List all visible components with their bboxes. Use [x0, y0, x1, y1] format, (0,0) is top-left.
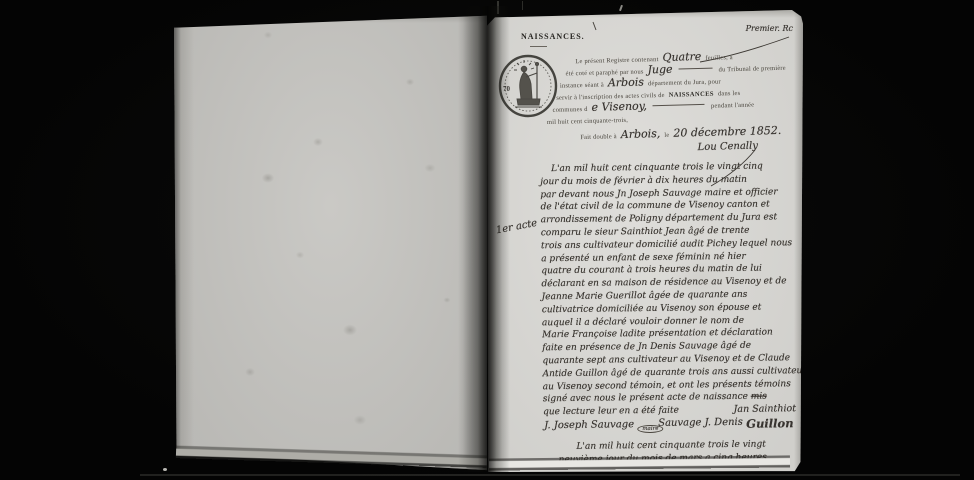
printed-text: le: [664, 132, 669, 139]
birth-act-manuscript: 1er acte L'an mil huit cent cinquante tr…: [487, 160, 807, 467]
filled-rule-line: [653, 104, 705, 106]
scanner-artifact-line: [140, 474, 960, 476]
filled-rule-line: [679, 67, 713, 69]
book-gutter-shadow: [458, 6, 510, 472]
struck-word: mis: [751, 392, 767, 402]
signatures-row: J. Joseph Sauvage maire Sauvage J. Denis…: [490, 416, 806, 442]
page-edge-tick: [522, 1, 523, 10]
printed-text: Fait double à: [580, 133, 617, 141]
witness1-signature: Sauvage J. Denis: [658, 417, 743, 429]
printed-text: pendant l'année: [711, 102, 755, 110]
act-text: signé avec nous le présent acte de naiss…: [543, 392, 748, 405]
dust-speck: [163, 468, 167, 471]
mayor-signature: J. Joseph Sauvage maire: [544, 419, 663, 431]
mayor-signature-name: J. Joseph Sauvage: [544, 419, 634, 431]
printed-register-form: Le présent Registre contenant Quatre feu…: [487, 44, 806, 158]
left-page-blank: [174, 13, 487, 472]
corner-annotation: Premier. Rc: [717, 24, 793, 33]
heading-underline: [530, 46, 547, 47]
witness2-signature: Guillon: [746, 416, 793, 431]
section-heading-naissances: NAISSANCES.: [521, 32, 585, 41]
handwritten-entry-place: Arbois,: [621, 127, 661, 141]
right-page-register: NAISSANCES. Premier. Rc 70: [487, 10, 803, 472]
scanned-book-spread: NAISSANCES. Premier. Rc 70: [0, 0, 974, 480]
declarant-signature: Jan Sainthiot: [734, 403, 797, 417]
dust-speck: [619, 5, 623, 11]
judge-signature: Lou Cenally: [697, 139, 805, 153]
act-text: que lecture leur en a été faite: [543, 406, 679, 418]
handwritten-entry-date: 20 décembre 1852.: [673, 124, 781, 140]
